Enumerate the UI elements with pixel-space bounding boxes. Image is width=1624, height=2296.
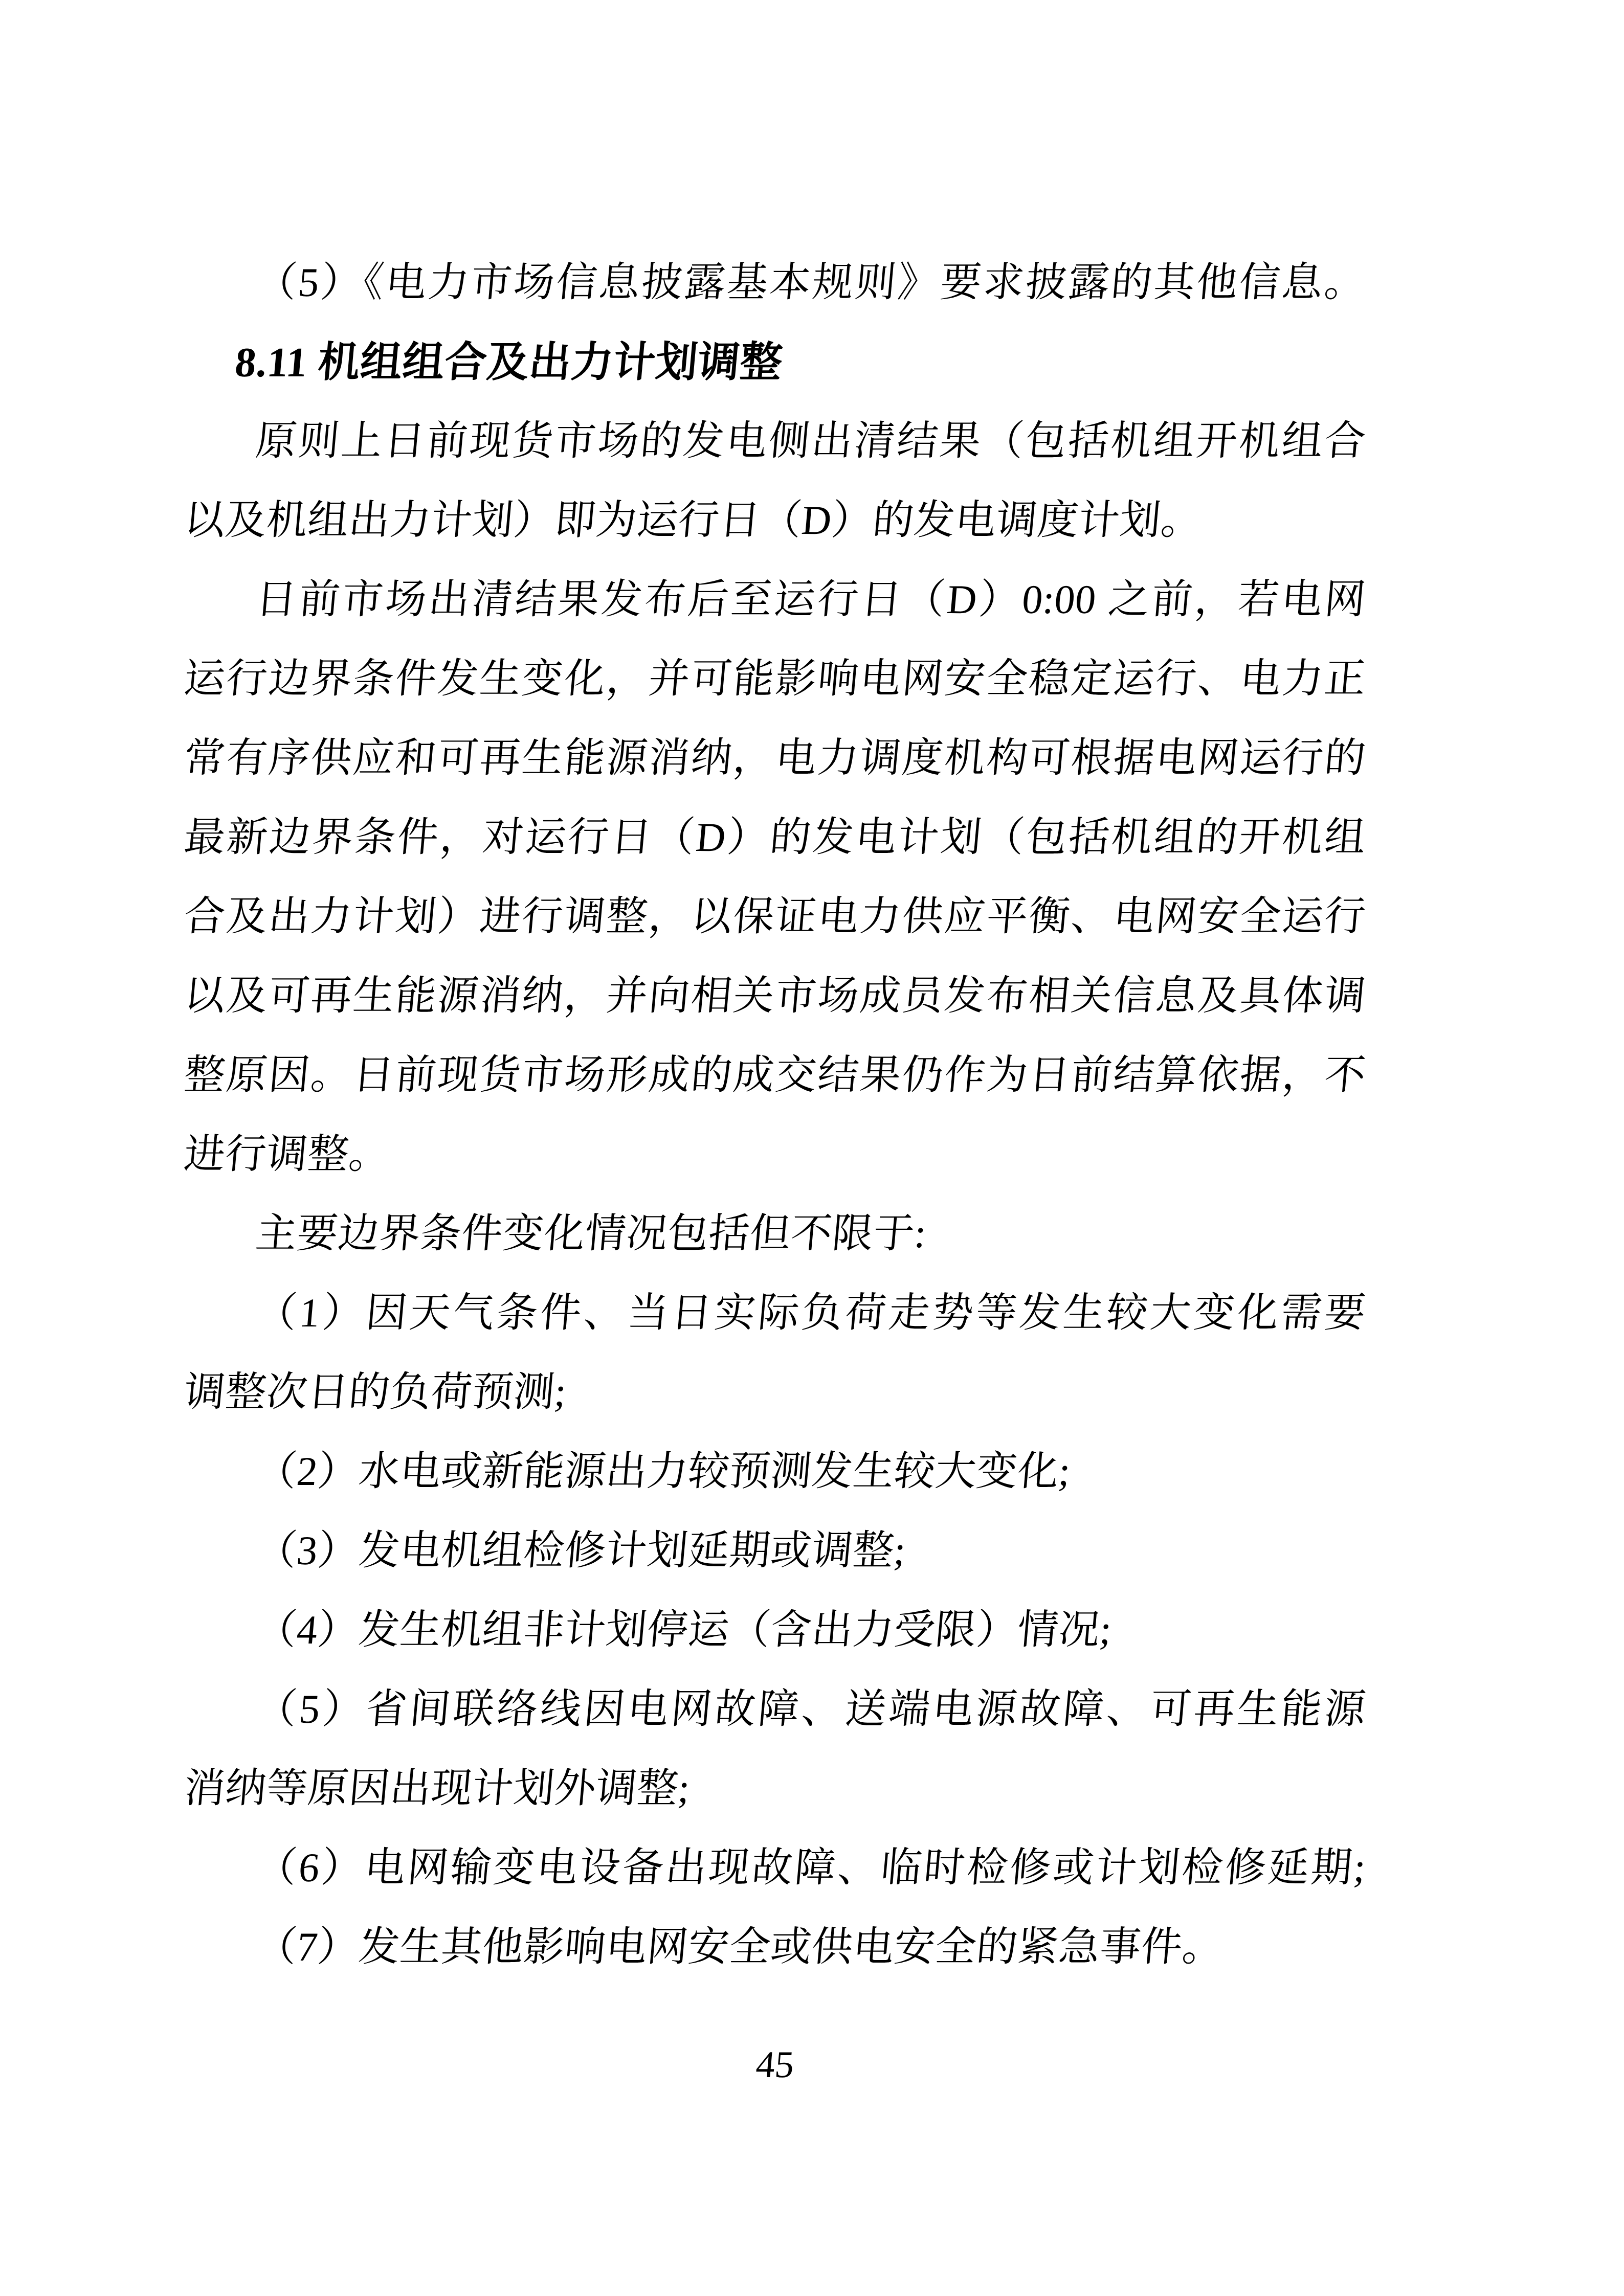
document-line: （5）《电力市场信息披露基本规则》要求披露的其他信息。 (181, 243, 1369, 323)
document-line: 常有序供应和可再生能源消纳，电力调度机构可根据电网运行的 (181, 719, 1369, 798)
document-line: 最新边界条件，对运行日（D）的发电计划（包括机组的开机组 (181, 798, 1369, 877)
document-line: 主要边界条件变化情况包括但不限于: (181, 1195, 1369, 1274)
document-line: 以及可再生能源消纳，并向相关市场成员发布相关信息及具体调 (181, 957, 1369, 1036)
document-line: （4）发生机组非计划停运（含出力受限）情况; (181, 1591, 1369, 1670)
document-line: （7）发生其他影响电网安全或供电安全的紧急事件。 (181, 1908, 1369, 1987)
document-line: 消纳等原因出现计划外调整; (181, 1749, 1369, 1829)
document-line: （5）省间联络线因电网故障、送端电源故障、可再生能源 (181, 1670, 1369, 1749)
document-line: 日前市场出清结果发布后至运行日（D）0:00 之前，若电网 (181, 560, 1369, 640)
document-line: 原则上日前现货市场的发电侧出清结果（包括机组开机组合 (181, 402, 1369, 481)
document-line: 运行边界条件发生变化，并可能影响电网安全稳定运行、电力正 (181, 640, 1369, 719)
document-line: （3）发电机组检修计划延期或调整; (181, 1512, 1369, 1591)
document-line: 进行调整。 (181, 1115, 1369, 1195)
document-line: 合及出力计划）进行调整，以保证电力供应平衡、电网安全运行 (181, 877, 1369, 957)
section-heading: 8.11 机组组合及出力计划调整 (181, 323, 1369, 402)
document-line: （2）水电或新能源出力较预测发生较大变化; (181, 1432, 1369, 1512)
document-line: 以及机组出力计划）即为运行日（D）的发电调度计划。 (181, 481, 1369, 560)
document-line: （6）电网输变电设备出现故障、临时检修或计划检修延期; (181, 1829, 1369, 1908)
document-line: （1）因天气条件、当日实际负荷走势等发生较大变化需要 (181, 1274, 1369, 1353)
document-body: （5）《电力市场信息披露基本规则》要求披露的其他信息。8.11 机组组合及出力计… (184, 243, 1366, 1987)
document-line: 调整次日的负荷预测; (181, 1353, 1369, 1432)
document-line: 整原因。日前现货市场形成的成交结果仍作为日前结算依据，不 (181, 1036, 1369, 1115)
document-page: （5）《电力市场信息披露基本规则》要求披露的其他信息。8.11 机组组合及出力计… (0, 0, 1624, 2296)
page-number: 45 (182, 2039, 1368, 2090)
